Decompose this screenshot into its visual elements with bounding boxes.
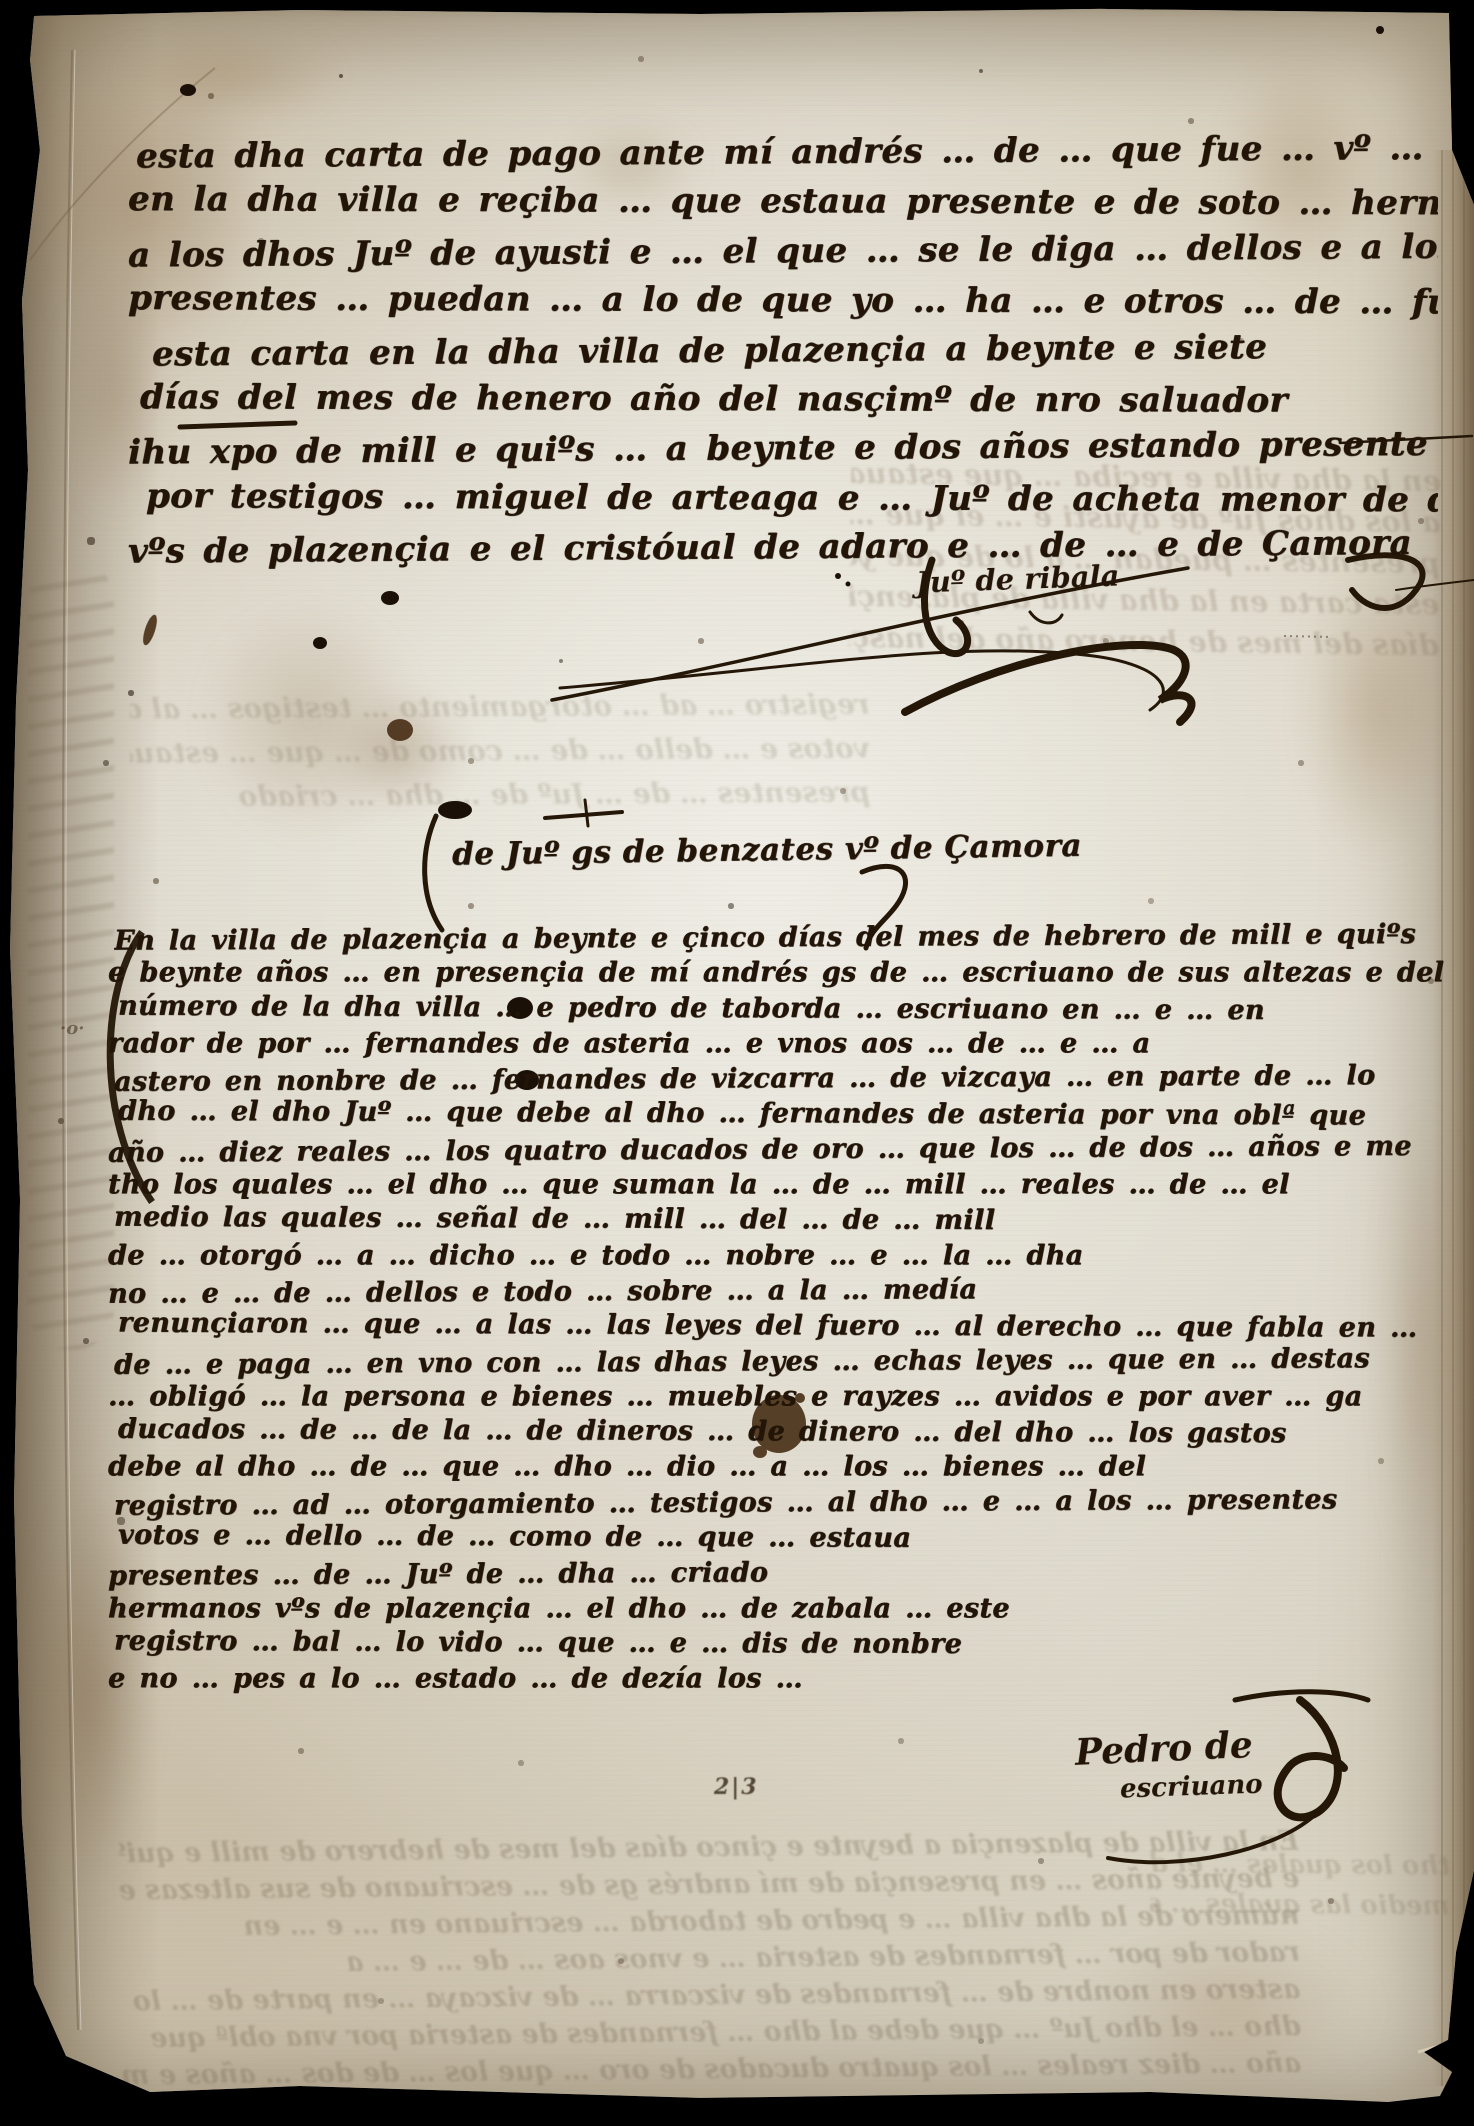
bleedthrough-margin-scribbles — [28, 560, 114, 1350]
foxing-stain — [1300, 560, 1460, 860]
manuscript-line: de … otorgó … a … dicho … e todo … nobre… — [108, 1238, 1453, 1273]
manuscript-line: esta dha carta de pago ante mí andrés … … — [136, 124, 1438, 182]
manuscript-line: ihu xpo de mill e quiºs … a beynte e dos… — [128, 420, 1438, 478]
foxing-stain — [1080, 1920, 1380, 2100]
manuscript-line: número de la dha villa … e pedro de tabo… — [118, 988, 1453, 1028]
manuscript-line: debe al dho … de … que … dho … dio … a …… — [108, 1449, 1453, 1484]
manuscript-line: esta carta en la dha villa de plazençia … — [152, 321, 1438, 379]
manuscript-line: presentes … de … Juº de … dha … criado — [108, 1552, 1453, 1594]
manuscript-line: por testigos … miguel de arteaga e … Juº… — [146, 472, 1438, 525]
foxing-stain — [330, 690, 470, 810]
manuscript-line: vºs de plazençia e el cristóual de adaro… — [128, 519, 1438, 577]
manuscript-line: hermanos vºs de plazençia … el dho … de … — [108, 1591, 1453, 1626]
manuscript-line: registro … bal … lo vido … que … e … dis… — [114, 1623, 1453, 1663]
signature-pedro: Pedro de — [1074, 1724, 1253, 1774]
manuscript-line: de … e paga … en vno con … las dhas leye… — [114, 1340, 1453, 1382]
manuscript-line: dho … el dho Juº … que debe al dho … fer… — [118, 1094, 1453, 1134]
manuscript-line: e no … pes a lo … estado … de dezía los … — [108, 1661, 1453, 1696]
text-block-obligacion: En la villa de plazençia a beynte e çinc… — [108, 920, 1453, 1697]
signature-juan-de-ribala: Juº de ribala — [915, 558, 1119, 599]
manuscript-line: ducados … de … de la … de dineros … de d… — [118, 1412, 1453, 1452]
manuscript-line: rador de por … fernandes de asteria … e … — [108, 1026, 1453, 1061]
foxing-stain — [120, 30, 340, 120]
manuscript-line: En la villa de plazençia a beynte e çinc… — [114, 916, 1453, 958]
manuscript-line: a los dhos Juº de ayusti e … el que … se… — [128, 222, 1438, 280]
text-block-closing-clause: esta dha carta de pago ante mí andrés … … — [128, 128, 1438, 573]
manuscript-line: e beynte años … en presençia de mí andré… — [108, 955, 1453, 990]
manuscript-page: En la villa de plazençia a beynte e çinc… — [0, 0, 1474, 2126]
manuscript-line: medio las quales … señal de … mill … del… — [114, 1200, 1453, 1240]
folio-mark: 2|3 — [714, 1774, 759, 1800]
scan-background: En la villa de plazençia a beynte e çinc… — [0, 0, 1474, 2126]
margin-mark: ·o· — [60, 1018, 85, 1039]
manuscript-line: tho los quales … el dho … que suman la …… — [108, 1167, 1453, 1202]
ink-speckles — [0, 0, 2, 2]
manuscript-line: año … diez reales … los quatro ducados d… — [108, 1128, 1453, 1170]
manuscript-line: días del mes de henero año del nasçimº d… — [140, 373, 1438, 426]
manuscript-line: en la dha villa e reçiba … que estaua pr… — [128, 175, 1438, 229]
signature-pedro-title: escriuano — [1120, 1770, 1264, 1805]
manuscript-line: presentes … puedan … a lo de que yo … ha… — [128, 274, 1438, 328]
manuscript-line: renunçiaron … que … a las … las leyes de… — [118, 1306, 1453, 1346]
manuscript-line: … obligó … la persona e bienes … muebles… — [108, 1379, 1453, 1414]
